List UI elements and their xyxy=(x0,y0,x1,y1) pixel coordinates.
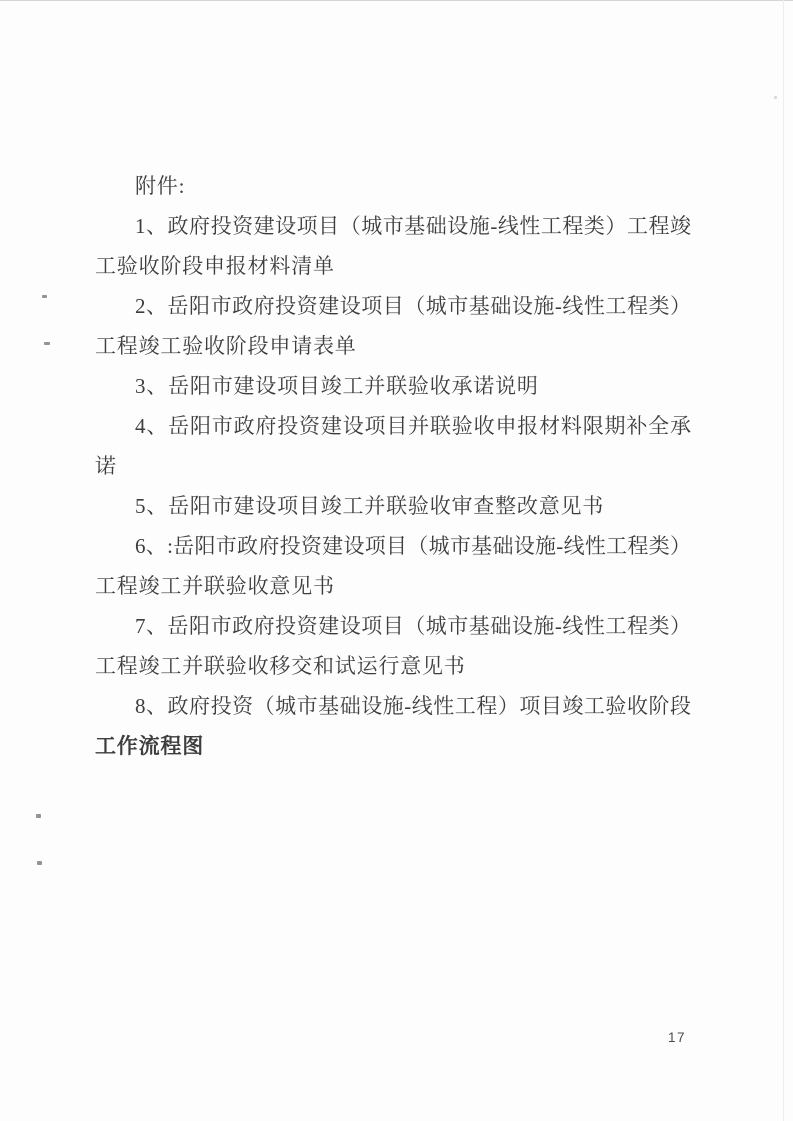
scan-speck xyxy=(42,295,47,298)
scan-right-edge xyxy=(783,0,784,1121)
scan-speck xyxy=(774,96,777,99)
text-line: 1、政府投资建设项目（城市基础设施-线性工程类）工程竣 xyxy=(95,206,691,246)
text-line: 工程竣工并联验收意见书 xyxy=(95,566,691,606)
text-line: 8、政府投资（城市基础设施-线性工程）项目竣工验收阶段 xyxy=(95,686,691,726)
attachment-list: 附件:1、政府投资建设项目（城市基础设施-线性工程类）工程竣工验收阶段申报材料清… xyxy=(95,166,691,766)
text-line: 3、岳阳市建设项目竣工并联验收承诺说明 xyxy=(95,366,691,406)
page-number: 17 xyxy=(668,1030,686,1045)
text-line: 工作流程图 xyxy=(95,726,691,766)
scan-top-edge xyxy=(0,0,793,1)
text-line: 5、岳阳市建设项目竣工并联验收审查整改意见书 xyxy=(95,486,691,526)
text-line: 6、:岳阳市政府投资建设项目（城市基础设施-线性工程类） xyxy=(95,526,691,566)
text-line: 诺 xyxy=(95,446,691,486)
text-line: 2、岳阳市政府投资建设项目（城市基础设施-线性工程类） xyxy=(95,286,691,326)
document-page: 附件:1、政府投资建设项目（城市基础设施-线性工程类）工程竣工验收阶段申报材料清… xyxy=(0,0,793,1121)
text-line: 工验收阶段申报材料清单 xyxy=(95,246,691,286)
text-line: 7、岳阳市政府投资建设项目（城市基础设施-线性工程类） xyxy=(95,606,691,646)
scan-speck xyxy=(37,861,42,865)
text-line: 4、岳阳市政府投资建设项目并联验收申报材料限期补全承 xyxy=(95,406,691,446)
scan-speck xyxy=(44,342,50,345)
text-line: 工程竣工并联验收移交和试运行意见书 xyxy=(95,646,691,686)
scan-speck xyxy=(36,814,41,818)
text-line: 工程竣工验收阶段申请表单 xyxy=(95,326,691,366)
text-line: 附件: xyxy=(95,166,691,206)
